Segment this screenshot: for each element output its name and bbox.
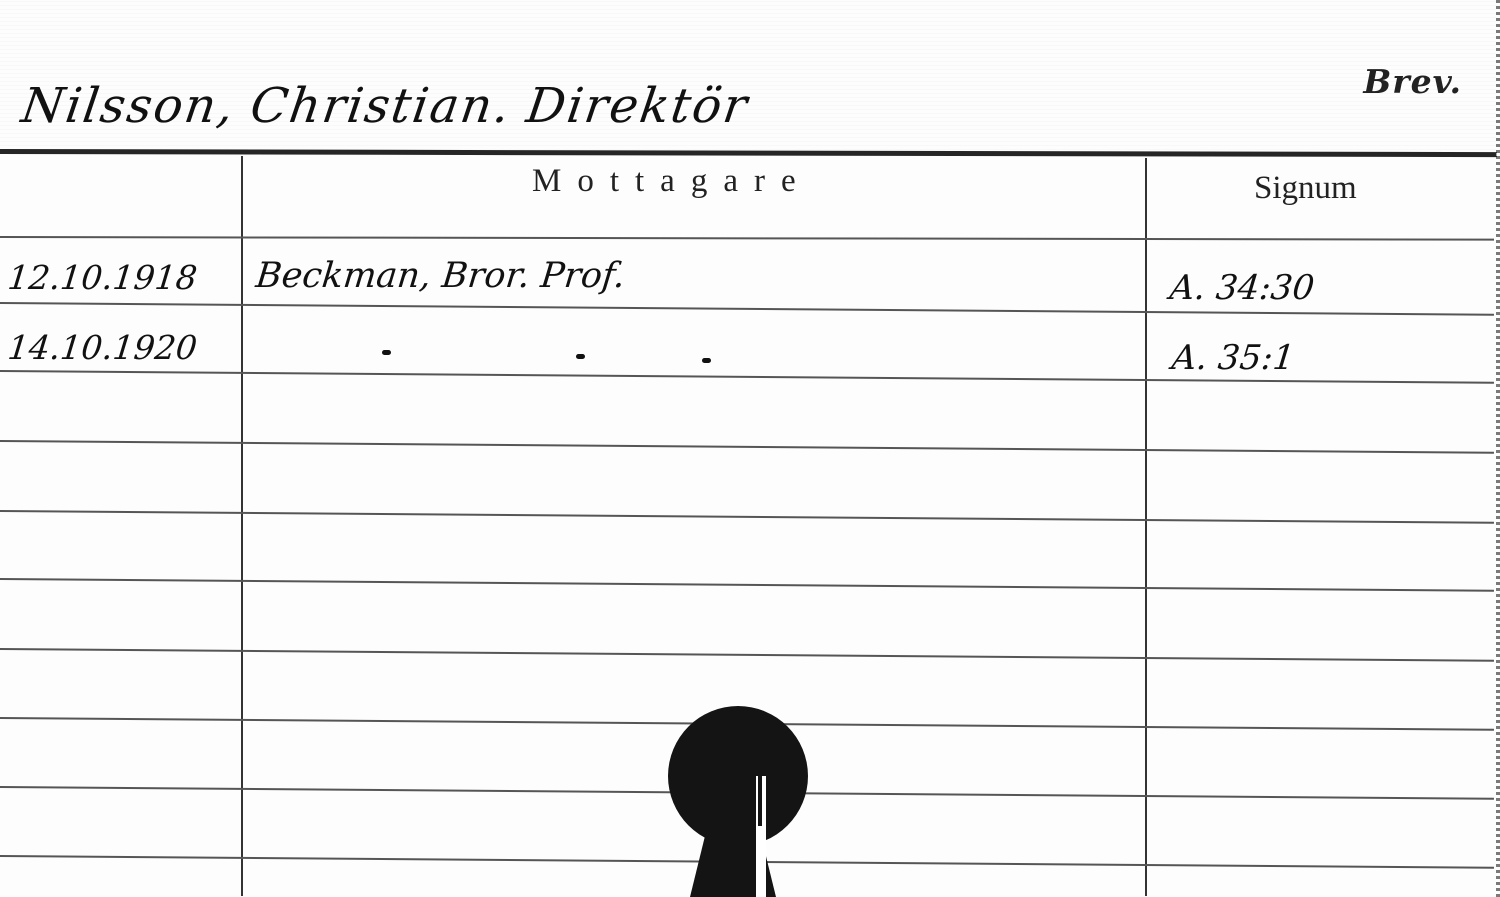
column-header-recipient: Mottagare bbox=[532, 163, 812, 200]
row-1-recipient: Beckman, Bror. Prof. bbox=[254, 256, 627, 296]
card-heading: Nilsson,Christian.Direktör bbox=[18, 78, 768, 134]
surname: Nilsson, bbox=[18, 78, 239, 134]
archive-index-card: Brev. Nilsson,Christian.Direktör Mottaga… bbox=[0, 0, 1500, 897]
row-line bbox=[0, 648, 1494, 661]
card-type-label: Brev. bbox=[1363, 62, 1462, 101]
column-divider-date bbox=[241, 156, 243, 896]
column-header-signum: Signum bbox=[1254, 170, 1357, 207]
person-title: Direktör bbox=[523, 78, 752, 134]
given-name: Christian. bbox=[247, 78, 515, 134]
row-line bbox=[0, 510, 1494, 523]
row-line bbox=[0, 236, 1494, 240]
ditto-mark bbox=[382, 350, 391, 355]
row-2-signum: A. 35:1 bbox=[1170, 338, 1297, 378]
card-edge bbox=[1496, 0, 1500, 897]
row-line bbox=[0, 578, 1494, 591]
ditto-mark bbox=[576, 354, 585, 359]
row-line bbox=[0, 440, 1494, 453]
ditto-mark bbox=[702, 358, 711, 363]
heading-rule bbox=[0, 149, 1497, 157]
column-divider-signum bbox=[1145, 158, 1147, 896]
row-2-date: 14.10.1920 bbox=[6, 328, 199, 367]
row-1-signum: A. 34:30 bbox=[1168, 268, 1316, 308]
row-1-date: 12.10.1918 bbox=[6, 258, 199, 297]
punch-hole-slit-shadow bbox=[758, 776, 762, 826]
